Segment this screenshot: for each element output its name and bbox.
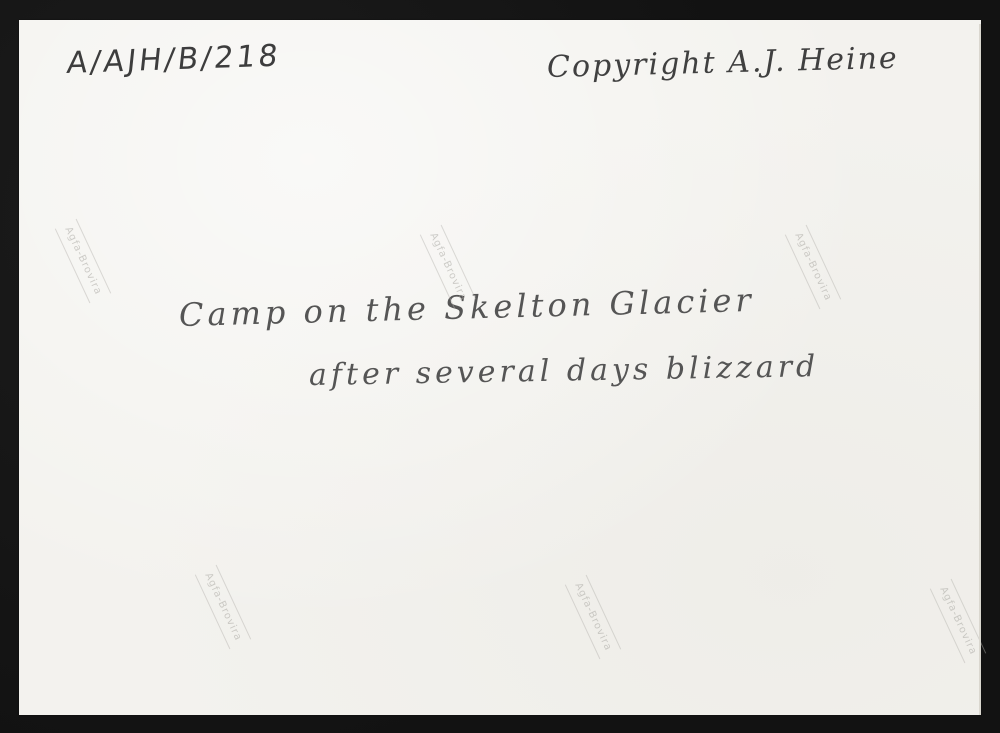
copyright-notice: Copyright A.J. Heine: [547, 41, 900, 85]
paper-watermark: Agfa-Brovira: [55, 219, 111, 303]
paper-watermark: Agfa-Brovira: [195, 565, 251, 649]
photo-back-card: A/AJH/B/218 Copyright A.J. Heine Camp on…: [19, 20, 981, 715]
watermark-text: Agfa-Brovira: [202, 571, 243, 643]
catalog-number: A/AJH/B/218: [65, 38, 282, 81]
paper-watermark: Agfa-Brovira: [565, 575, 621, 659]
watermark-text: Agfa-Brovira: [572, 581, 613, 653]
watermark-text: Agfa-Brovira: [62, 225, 103, 297]
watermark-text: Agfa-Brovira: [937, 585, 978, 657]
paper-watermark: Agfa-Brovira: [785, 225, 841, 309]
paper-watermark: Agfa-Brovira: [930, 579, 986, 663]
watermark-text: Agfa-Brovira: [792, 231, 833, 303]
caption-line-2: after several days blizzard: [309, 349, 820, 393]
